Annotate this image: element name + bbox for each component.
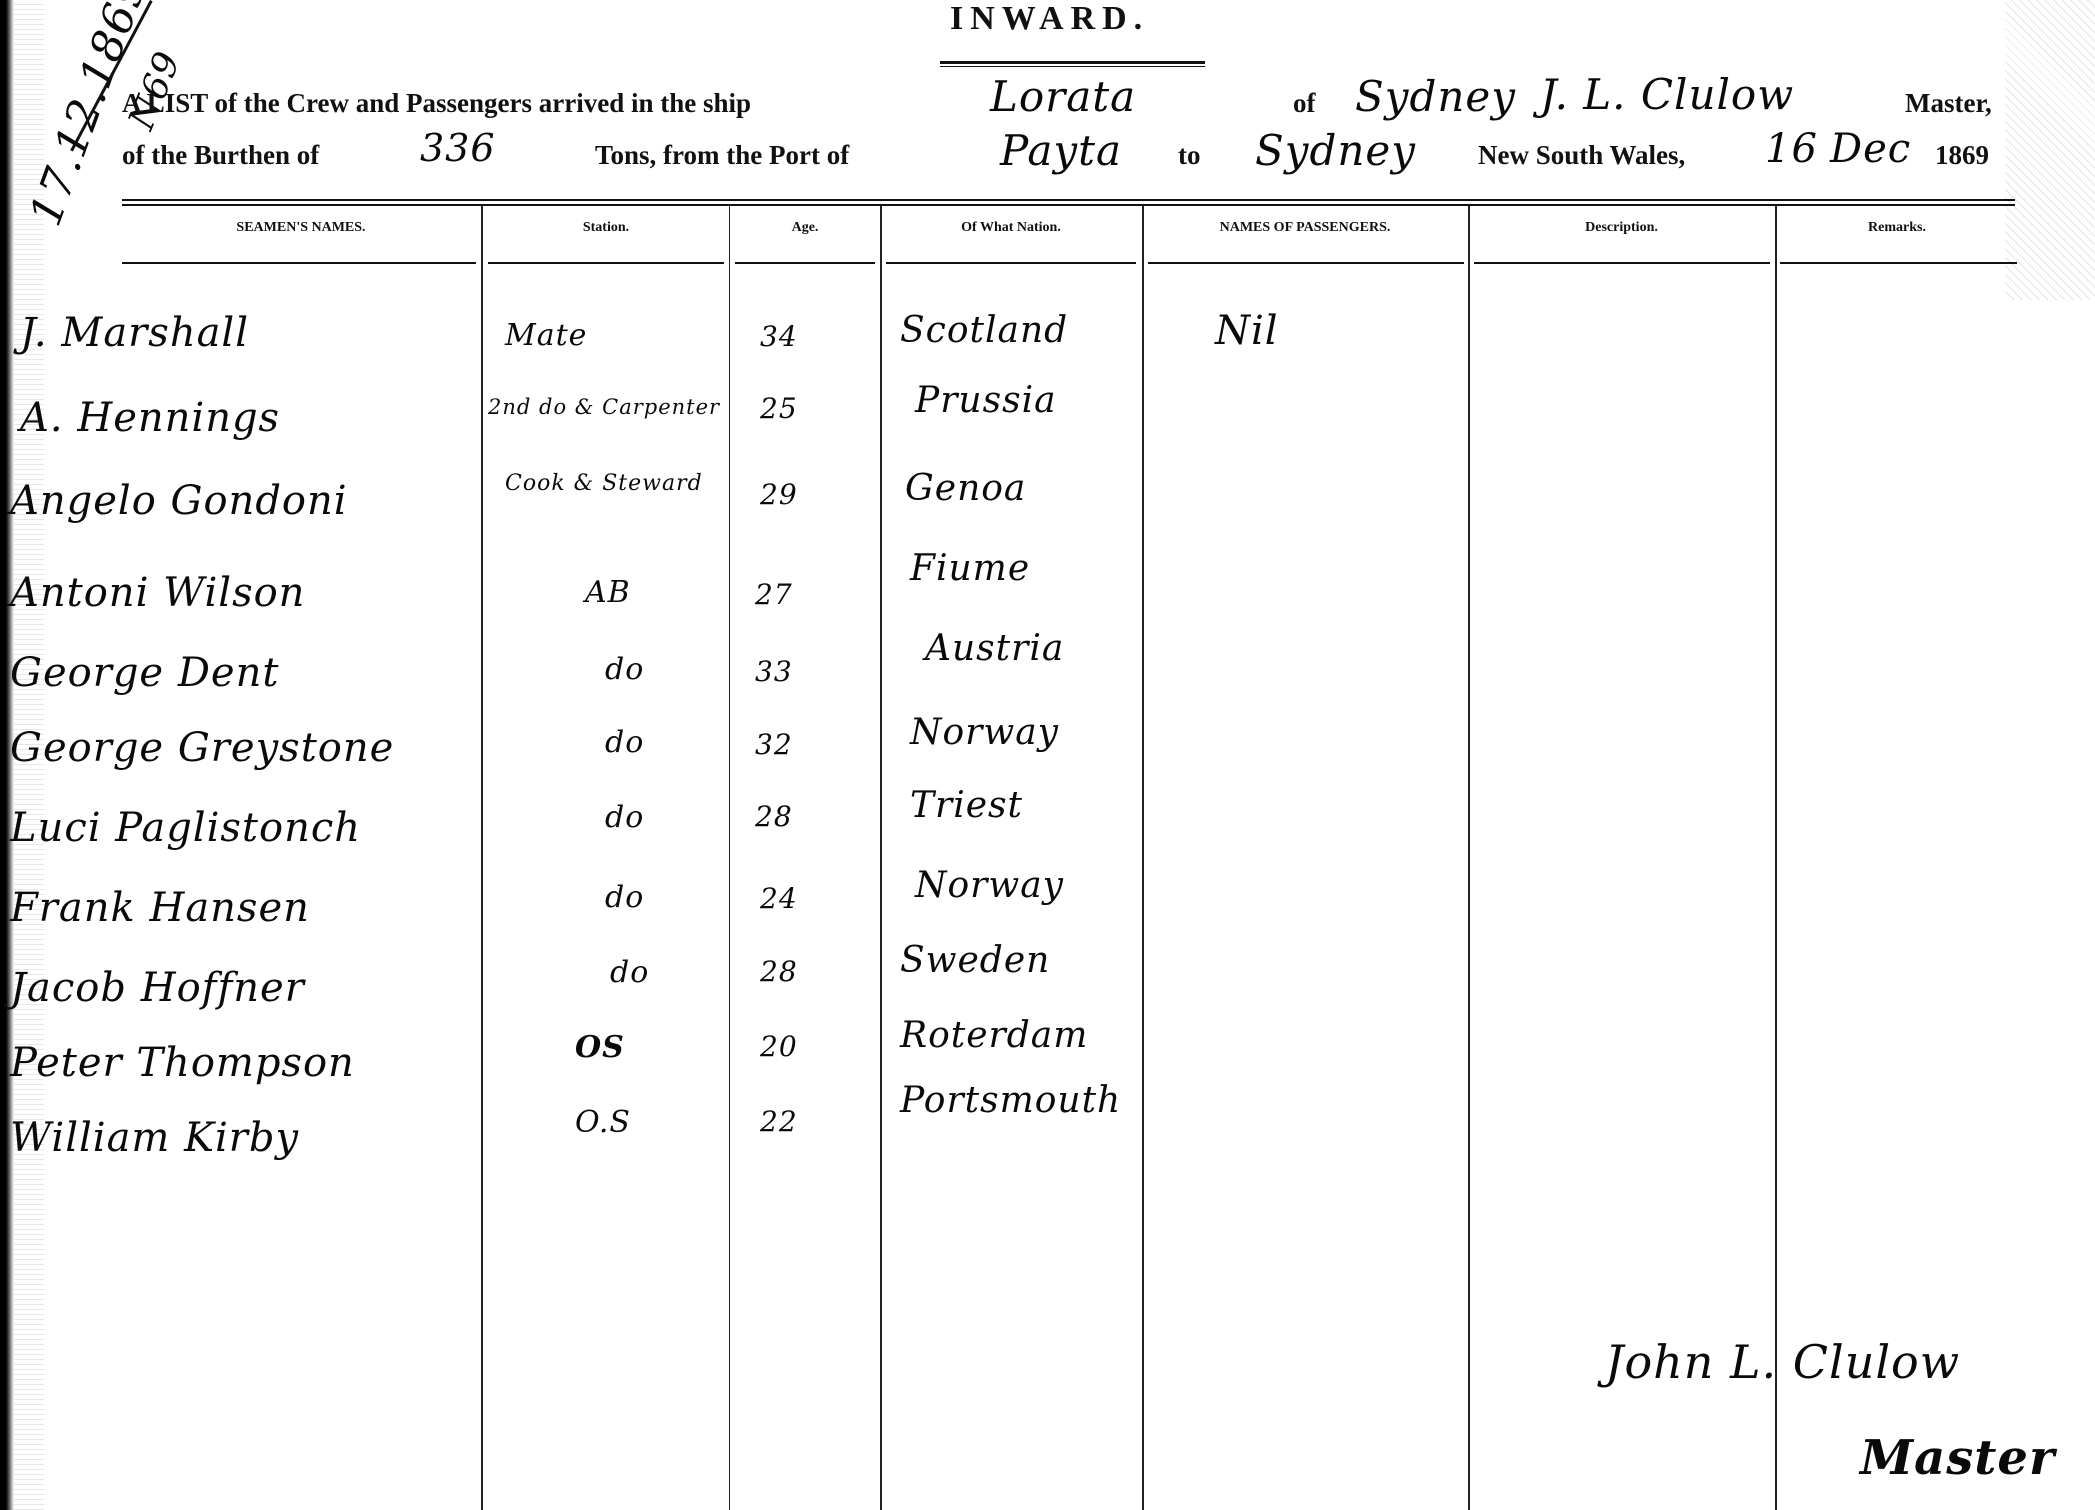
title-rule-top <box>940 61 1205 64</box>
header-underline-age <box>735 262 875 264</box>
header-remarks: Remarks. <box>1777 220 2017 236</box>
date-year: 1869 <box>1935 140 1989 171</box>
seaman-name: Antoni Wilson <box>10 570 305 616</box>
seaman-name: William Kirby <box>10 1115 299 1161</box>
header-age: Age. <box>731 220 879 236</box>
seaman-station: do <box>605 880 644 915</box>
home-port: Sydney <box>1355 72 1516 121</box>
header-underline-remarks <box>1780 262 2017 264</box>
from-port: Payta <box>1000 126 1122 175</box>
seaman-age: 28 <box>755 800 793 833</box>
seaman-age: 33 <box>755 655 793 688</box>
state-label: New South Wales, <box>1478 140 1685 171</box>
seaman-name: Frank Hansen <box>10 885 310 931</box>
seaman-age: 29 <box>760 478 798 511</box>
column-divider <box>1142 206 1144 1510</box>
seaman-name: A. Hennings <box>20 395 280 441</box>
seaman-station: do <box>610 955 649 990</box>
ship-name: Lorata <box>990 72 1136 121</box>
seaman-station: AB <box>585 575 631 610</box>
seaman-age: 24 <box>760 882 798 915</box>
seaman-nation: Genoa <box>905 468 1026 509</box>
header-underline-nation <box>886 262 1136 264</box>
of-label: of <box>1293 88 1316 119</box>
seaman-station: O.S <box>575 1105 631 1140</box>
seaman-name: George Greystone <box>10 725 394 771</box>
seaman-station: 2nd do & Carpenter <box>488 395 720 419</box>
header-underline-passengers <box>1148 262 1464 264</box>
title-rule-bottom <box>940 66 1205 67</box>
seaman-nation: Roterdam <box>900 1015 1088 1056</box>
master-signature-title: Master <box>1860 1430 2055 1486</box>
column-divider <box>880 206 882 1510</box>
seaman-station: do <box>605 800 644 835</box>
seaman-age: 25 <box>760 392 798 425</box>
date-day: 16 <box>1765 126 1818 172</box>
list-intro-text: A LIST of the Crew and Passengers arrive… <box>122 88 751 119</box>
seaman-name: George Dent <box>10 650 279 696</box>
header-underline-seamen <box>122 262 476 264</box>
document-title: INWARD. <box>950 0 1149 38</box>
seaman-age: 27 <box>755 578 793 611</box>
column-divider <box>481 206 483 1510</box>
seaman-name: J. Marshall <box>20 310 249 356</box>
header-description: Description. <box>1470 220 1773 236</box>
master-name: J. L. Clulow <box>1540 70 1794 119</box>
seaman-station: OS <box>575 1030 625 1065</box>
header-underline-description <box>1474 262 1770 264</box>
seaman-age: 32 <box>755 728 793 761</box>
master-signature: John L. Clulow <box>1605 1335 1960 1389</box>
to-label: to <box>1178 140 1201 171</box>
burthen-label: of the Burthen of <box>122 140 319 171</box>
tonnage-value: 336 <box>420 126 496 170</box>
column-divider <box>1468 206 1470 1510</box>
scan-noise-right <box>2005 0 2095 300</box>
header-passenger-names: NAMES OF PASSENGERS. <box>1144 220 1466 236</box>
tons-from-port-label: Tons, from the Port of <box>595 140 849 171</box>
seaman-age: 20 <box>760 1030 798 1063</box>
header-rule-top <box>122 199 2015 201</box>
seaman-nation: Norway <box>910 712 1059 753</box>
seaman-name: Luci Paglistonch <box>10 805 361 851</box>
seaman-station: do <box>605 725 644 760</box>
seaman-nation: Prussia <box>915 380 1057 421</box>
seaman-age: 34 <box>760 320 798 353</box>
seaman-name: Peter Thompson <box>10 1040 355 1086</box>
seaman-name: Jacob Hoffner <box>10 965 305 1011</box>
column-divider <box>729 206 730 1510</box>
seaman-nation: Norway <box>915 865 1064 906</box>
to-port: Sydney <box>1255 126 1416 175</box>
seaman-nation: Portsmouth <box>900 1080 1121 1121</box>
seaman-station: Mate <box>505 318 587 353</box>
seaman-station: do <box>605 652 644 687</box>
header-nation: Of What Nation. <box>882 220 1140 236</box>
seaman-station: Cook & Steward <box>505 472 705 496</box>
seaman-age: 28 <box>760 955 798 988</box>
date-month: Dec <box>1830 126 1911 172</box>
master-label: Master, <box>1905 88 1992 119</box>
seaman-name: Angelo Gondoni <box>10 478 348 524</box>
header-station: Station. <box>484 220 728 236</box>
header-seamen-names: SEAMEN'S NAMES. <box>122 220 480 236</box>
seaman-nation: Sweden <box>900 940 1050 981</box>
seaman-nation: Austria <box>925 628 1064 669</box>
seaman-nation: Fiume <box>910 548 1030 589</box>
column-divider <box>1775 206 1777 1510</box>
seaman-age: 22 <box>760 1105 798 1138</box>
passengers-nil: Nil <box>1215 308 1279 354</box>
header-underline-station <box>488 262 724 264</box>
seaman-nation: Scotland <box>900 310 1068 351</box>
seaman-nation: Triest <box>910 785 1023 826</box>
header-rule-bottom <box>122 204 2015 206</box>
